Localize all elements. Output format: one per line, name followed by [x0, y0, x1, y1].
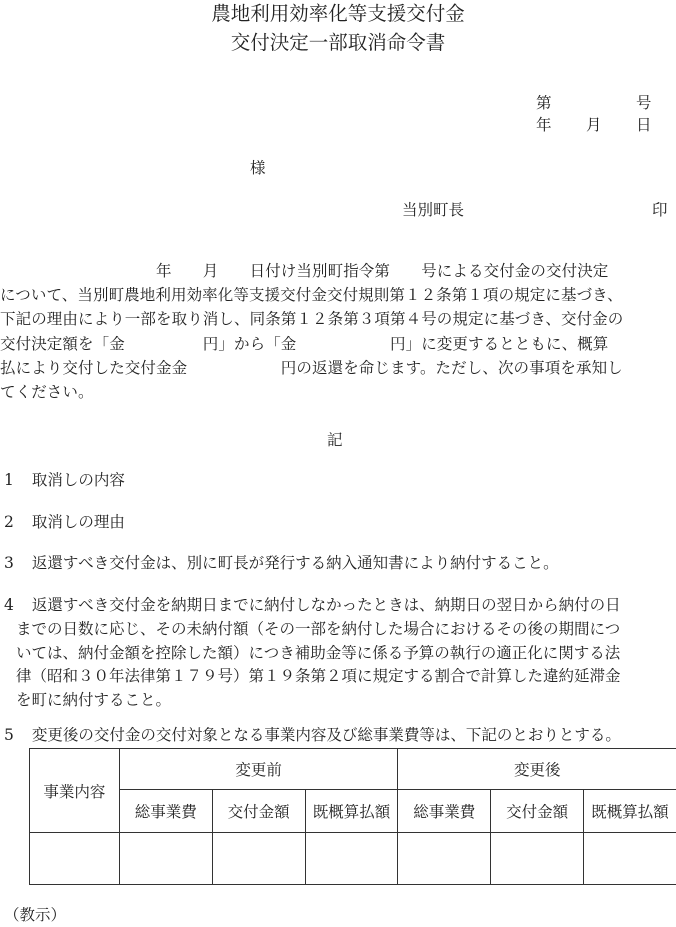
item-3: 3返還すべき交付金は、別に町長が発行する納入通知書により納付すること。: [4, 556, 559, 572]
table-row: [30, 833, 676, 885]
item-4-continuation: を町に納付すること。: [16, 693, 171, 709]
item-4-continuation: いては、納付金額を控除した額）につき補助金等に係る予算の執行の適正化に関する法: [16, 646, 620, 662]
item-number: 1: [4, 471, 14, 489]
change-table: 事業内容 変更前 変更後 総事業費 交付金額 既概算払額 総事業費 交付金額 既…: [29, 748, 676, 885]
body-line: 下記の理由により一部を取り消し、同条第１２条第３項第４号の規定に基づき、交付金の: [0, 312, 676, 328]
header-total-cost-before: 総事業費: [119, 790, 212, 833]
instruction-heading: （教示）: [4, 908, 66, 924]
item-text: 取消しの理由: [32, 513, 125, 531]
cell-business-content: [30, 833, 120, 885]
item-4-continuation: 律（昭和３０年法律第１７９号）第１９条第２項に規定する割合で計算した違約延滞金: [16, 669, 621, 685]
item-text: 変更後の交付金の交付対象となる事業内容及び総事業費等は、下記のとおりとする。: [32, 726, 621, 744]
item-2: 2取消しの理由: [4, 515, 125, 531]
cell-total-cost-after: [398, 833, 491, 885]
body-line: 年 月 日付け当別町指令第 号による交付金の交付決定: [0, 264, 676, 280]
item-text: 取消しの内容: [32, 471, 125, 489]
item-number: 5: [4, 726, 14, 744]
cell-grant-amount-after: [491, 833, 584, 885]
doc-number-dai: 第: [536, 96, 552, 112]
header-business-content: 事業内容: [30, 749, 120, 833]
header-after-change: 変更後: [398, 749, 676, 790]
item-number: 2: [4, 513, 14, 531]
header-total-cost-after: 総事業費: [398, 790, 491, 833]
body-line: 交付決定額を「金 円」から「金 円」に変更するとともに、概算: [0, 337, 676, 353]
item-1: 1取消しの内容: [4, 473, 125, 489]
seal-mark: 印: [652, 203, 668, 219]
title-line-2: 交付決定一部取消命令書: [0, 33, 676, 53]
cell-grant-amount-before: [212, 833, 305, 885]
item-text: 返還すべき交付金を納期日までに納付しなかったときは、納期日の翌日から納付の日: [32, 596, 621, 614]
item-5: 5変更後の交付金の交付対象となる事業内容及び総事業費等は、下記のとおりとする。: [4, 728, 621, 744]
header-grant-amount-after: 交付金額: [491, 790, 584, 833]
header-prepaid-amount-after: 既概算払額: [584, 790, 676, 833]
addressee-suffix: 様: [250, 161, 266, 177]
date-year: 年: [536, 118, 552, 134]
doc-number-gou: 号: [636, 96, 652, 112]
date-month: 月: [586, 118, 602, 134]
item-number: 3: [4, 554, 14, 572]
header-grant-amount-before: 交付金額: [212, 790, 305, 833]
item-text: 返還すべき交付金は、別に町長が発行する納入通知書により納付すること。: [32, 554, 559, 572]
issuer-name: 当別町長: [402, 203, 464, 219]
header-before-change: 変更前: [119, 749, 398, 790]
item-4: 4返還すべき交付金を納期日までに納付しなかったときは、納期日の翌日から納付の日: [4, 598, 621, 614]
body-line: てください。: [0, 385, 676, 401]
item-number: 4: [4, 596, 14, 614]
cell-prepaid-amount-after: [584, 833, 676, 885]
cell-total-cost-before: [119, 833, 212, 885]
title-line-1: 農地利用効率化等支援交付金: [0, 4, 676, 24]
ki-heading: 記: [327, 433, 343, 449]
date-day: 日: [636, 118, 652, 134]
cell-prepaid-amount-before: [305, 833, 398, 885]
body-line: について、当別町農地利用効率化等支援交付金交付規則第１２条第１項の規定に基づき、: [0, 288, 676, 304]
body-line: 払により交付した交付金金 円の返還を命じます。ただし、次の事項を承知し: [0, 361, 676, 377]
header-prepaid-amount-before: 既概算払額: [305, 790, 398, 833]
item-4-continuation: までの日数に応じ、その未納付額（その一部を納付した場合におけるその後の期間につ: [16, 622, 620, 638]
